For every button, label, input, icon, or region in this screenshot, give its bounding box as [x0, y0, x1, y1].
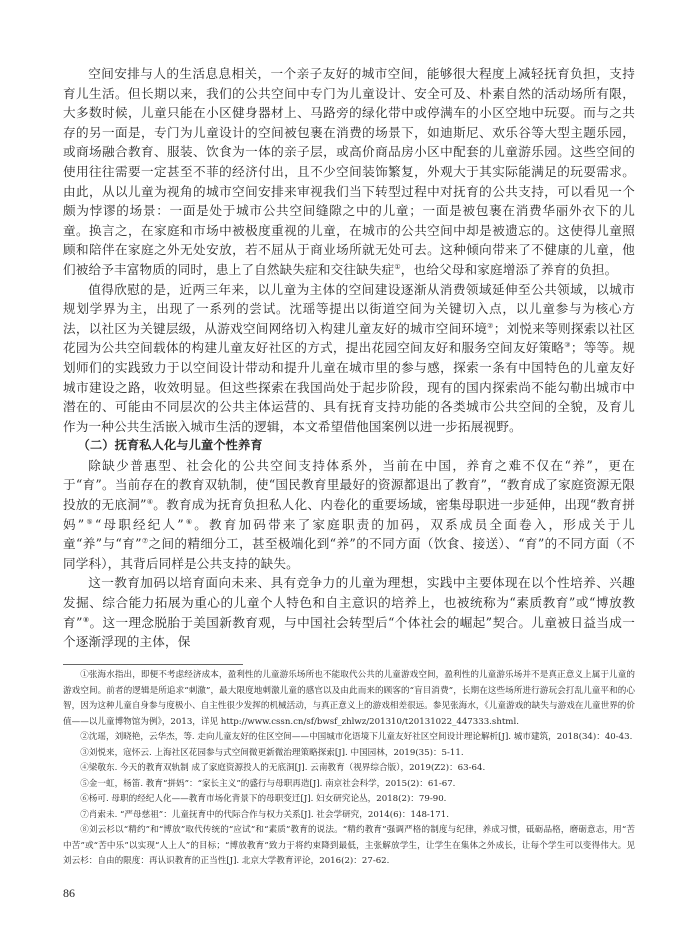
footnote-8: ⑧刘云杉以“精约”和“博放”取代传统的“应试”和“素质”教育的说法。“精约教育”…	[63, 823, 635, 870]
section-heading: （二）抚育私人化与儿童个性养育	[63, 436, 635, 456]
paragraph-2: 值得欣慰的是，近两三年来，以儿童为主体的空间建设逐渐从消费领域延伸至公共领域，以…	[63, 280, 635, 437]
paragraph-text: “母职经纪人”	[95, 517, 184, 532]
footnote-7: ⑦肖索未. “严母慈祖”：儿童抚育中的代际合作与权力关系[J]. 社会学研究，2…	[63, 808, 635, 824]
footnote-2: ②沈瑶，刘晓艳，云华杰，等. 走向儿童友好的住区空间——中国城市化语境下儿童友好…	[63, 730, 635, 746]
footnote-3: ③刘悦来，寇怀云. 上海社区花园参与式空间微更新微治理策略探索[J]. 中国园林…	[63, 746, 635, 762]
paragraph-text: ，也给父母和家庭增添了养育的负担。	[401, 262, 618, 277]
paragraph-text: 空间安排与人的生活息息相关，一个亲子友好的城市空间，能够很大程度上减轻抚育负担，…	[63, 66, 635, 277]
paragraph-4: 这一教育加码以培育面向未来、具有竞争力的儿童为理想，实践中主要体现在以个性培养、…	[63, 573, 635, 651]
footnote-5: ⑤金一虹，杨笛. 教育“拼妈”：“家长主义”的盛行与母职再造[J]. 南京社会科…	[63, 777, 635, 793]
page-number: 86	[63, 886, 75, 901]
footnote-ref[interactable]: ⑤	[84, 518, 94, 526]
footnote-ref[interactable]: ⑦	[142, 537, 149, 545]
footnote-ref[interactable]: ⑥	[184, 518, 194, 526]
footnote-6: ⑥杨可. 母职的经纪人化——教育市场化背景下的母职变迁[J]. 妇女研究论丛，2…	[63, 792, 635, 808]
paragraph-3: 除缺少普惠型、社会化的公共空间支持体系外，当前在中国，养育之难不仅在“养”，更在…	[63, 456, 635, 574]
paragraph-text: 之间的精细分工，甚至极端化到“养”的不同方面（饮食、接送）、“育”的不同方面（不…	[63, 536, 635, 571]
footnote-4: ④梁敬东. 今天的教育双轨制 成了家庭资源投人的无底洞[J]. 云南教育（视界综…	[63, 761, 635, 777]
document-page: 空间安排与人的生活息息相关，一个亲子友好的城市空间，能够很大程度上减轻抚育负担，…	[0, 0, 700, 943]
footnotes: ①张海水指出，即便不考虑经济成本，盈利性的儿童游乐场所也不能取代公共的儿童游戏空…	[63, 668, 635, 870]
footnote-1: ①张海水指出，即便不考虑经济成本，盈利性的儿童游乐场所也不能取代公共的儿童游戏空…	[63, 668, 635, 730]
body-text: 空间安排与人的生活息息相关，一个亲子友好的城市空间，能够很大程度上减轻抚育负担，…	[63, 64, 635, 652]
paragraph-1: 空间安排与人的生活息息相关，一个亲子友好的城市空间，能够很大程度上减轻抚育负担，…	[63, 64, 635, 280]
paragraph-text: 。这一理念脱胎于美国新教育观，与中国社会转型后“个体社会的崛起”契合。儿童被日益…	[63, 615, 635, 650]
footnote-separator	[63, 664, 243, 665]
